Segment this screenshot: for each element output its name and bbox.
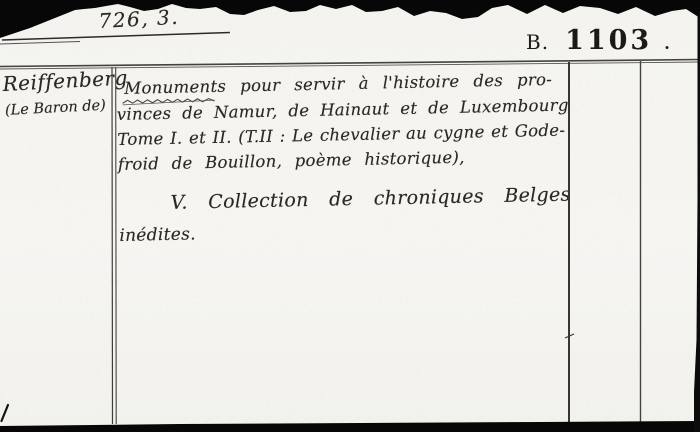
- stamp-number: 1103: [565, 25, 652, 56]
- stamp-prefix: B.: [526, 30, 549, 54]
- call-number-underline: [2, 33, 230, 41]
- author-qualifier: (Le Baron de): [5, 97, 117, 119]
- reference-line-2: inédites.: [119, 223, 196, 247]
- body-line-4: froid de Bouillon, poème historique),: [118, 147, 465, 176]
- right-edge-artifact: [694, 12, 700, 432]
- call-number: 726, 3.: [98, 5, 180, 33]
- stamp-period: .: [664, 34, 670, 53]
- call-number-underline-faint: [0, 42, 80, 45]
- author-divider-left: [112, 67, 113, 424]
- body-line-1: Monuments pour servir à l'histoire des p…: [124, 69, 552, 100]
- bottom-edge-artifact: [0, 421, 700, 432]
- author-name: Reiffenberg: [2, 66, 115, 96]
- corner-pen-mark: [2, 405, 9, 421]
- accession-stamp: B. 1103 .: [526, 25, 670, 56]
- reference-line-1: V. Collection de chroniques Belges: [170, 184, 570, 214]
- catalog-card-scan: 726, 3. B. 1103 . Reiffenberg (Le Baron …: [0, 0, 700, 432]
- author-column: Reiffenberg (Le Baron de): [2, 66, 116, 119]
- entry-body: Monuments pour servir à l'histoire des p…: [116, 66, 576, 375]
- header-rule-top: [0, 60, 700, 67]
